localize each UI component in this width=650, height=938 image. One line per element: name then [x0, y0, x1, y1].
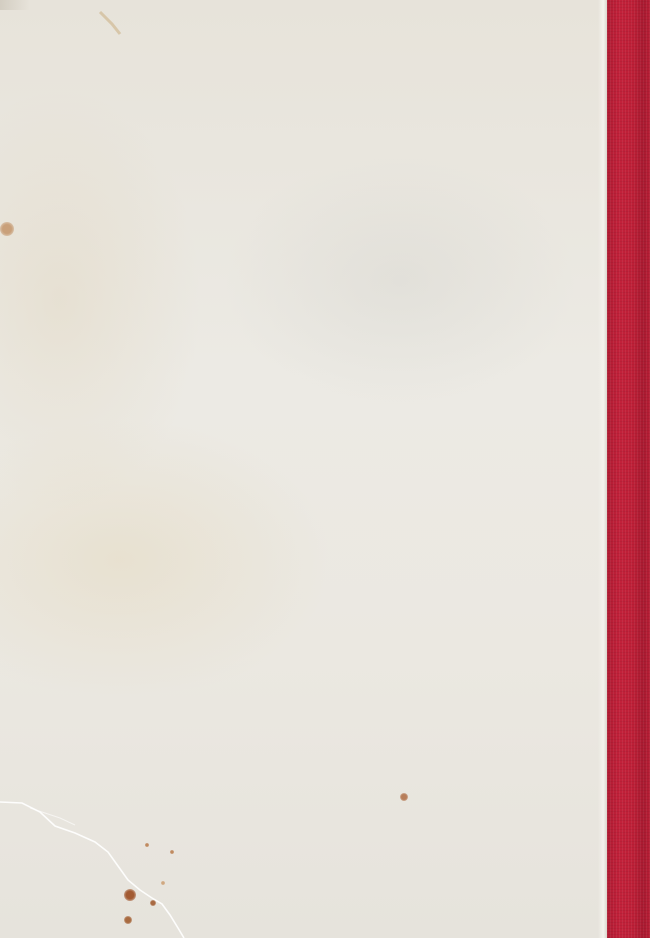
red-cloth-spine [607, 0, 650, 938]
stain-mark [0, 222, 14, 236]
stain-mark [400, 793, 408, 801]
stain-mark [124, 916, 132, 924]
book-back-cover [0, 0, 650, 938]
paper-edge [598, 0, 607, 938]
corner-smudge [0, 0, 30, 10]
stain-mark [124, 889, 136, 901]
stain-mark [145, 843, 149, 847]
stain-mark [150, 900, 156, 906]
stain-mark [170, 850, 174, 854]
cover-paper [0, 0, 607, 938]
stain-mark [161, 881, 165, 885]
